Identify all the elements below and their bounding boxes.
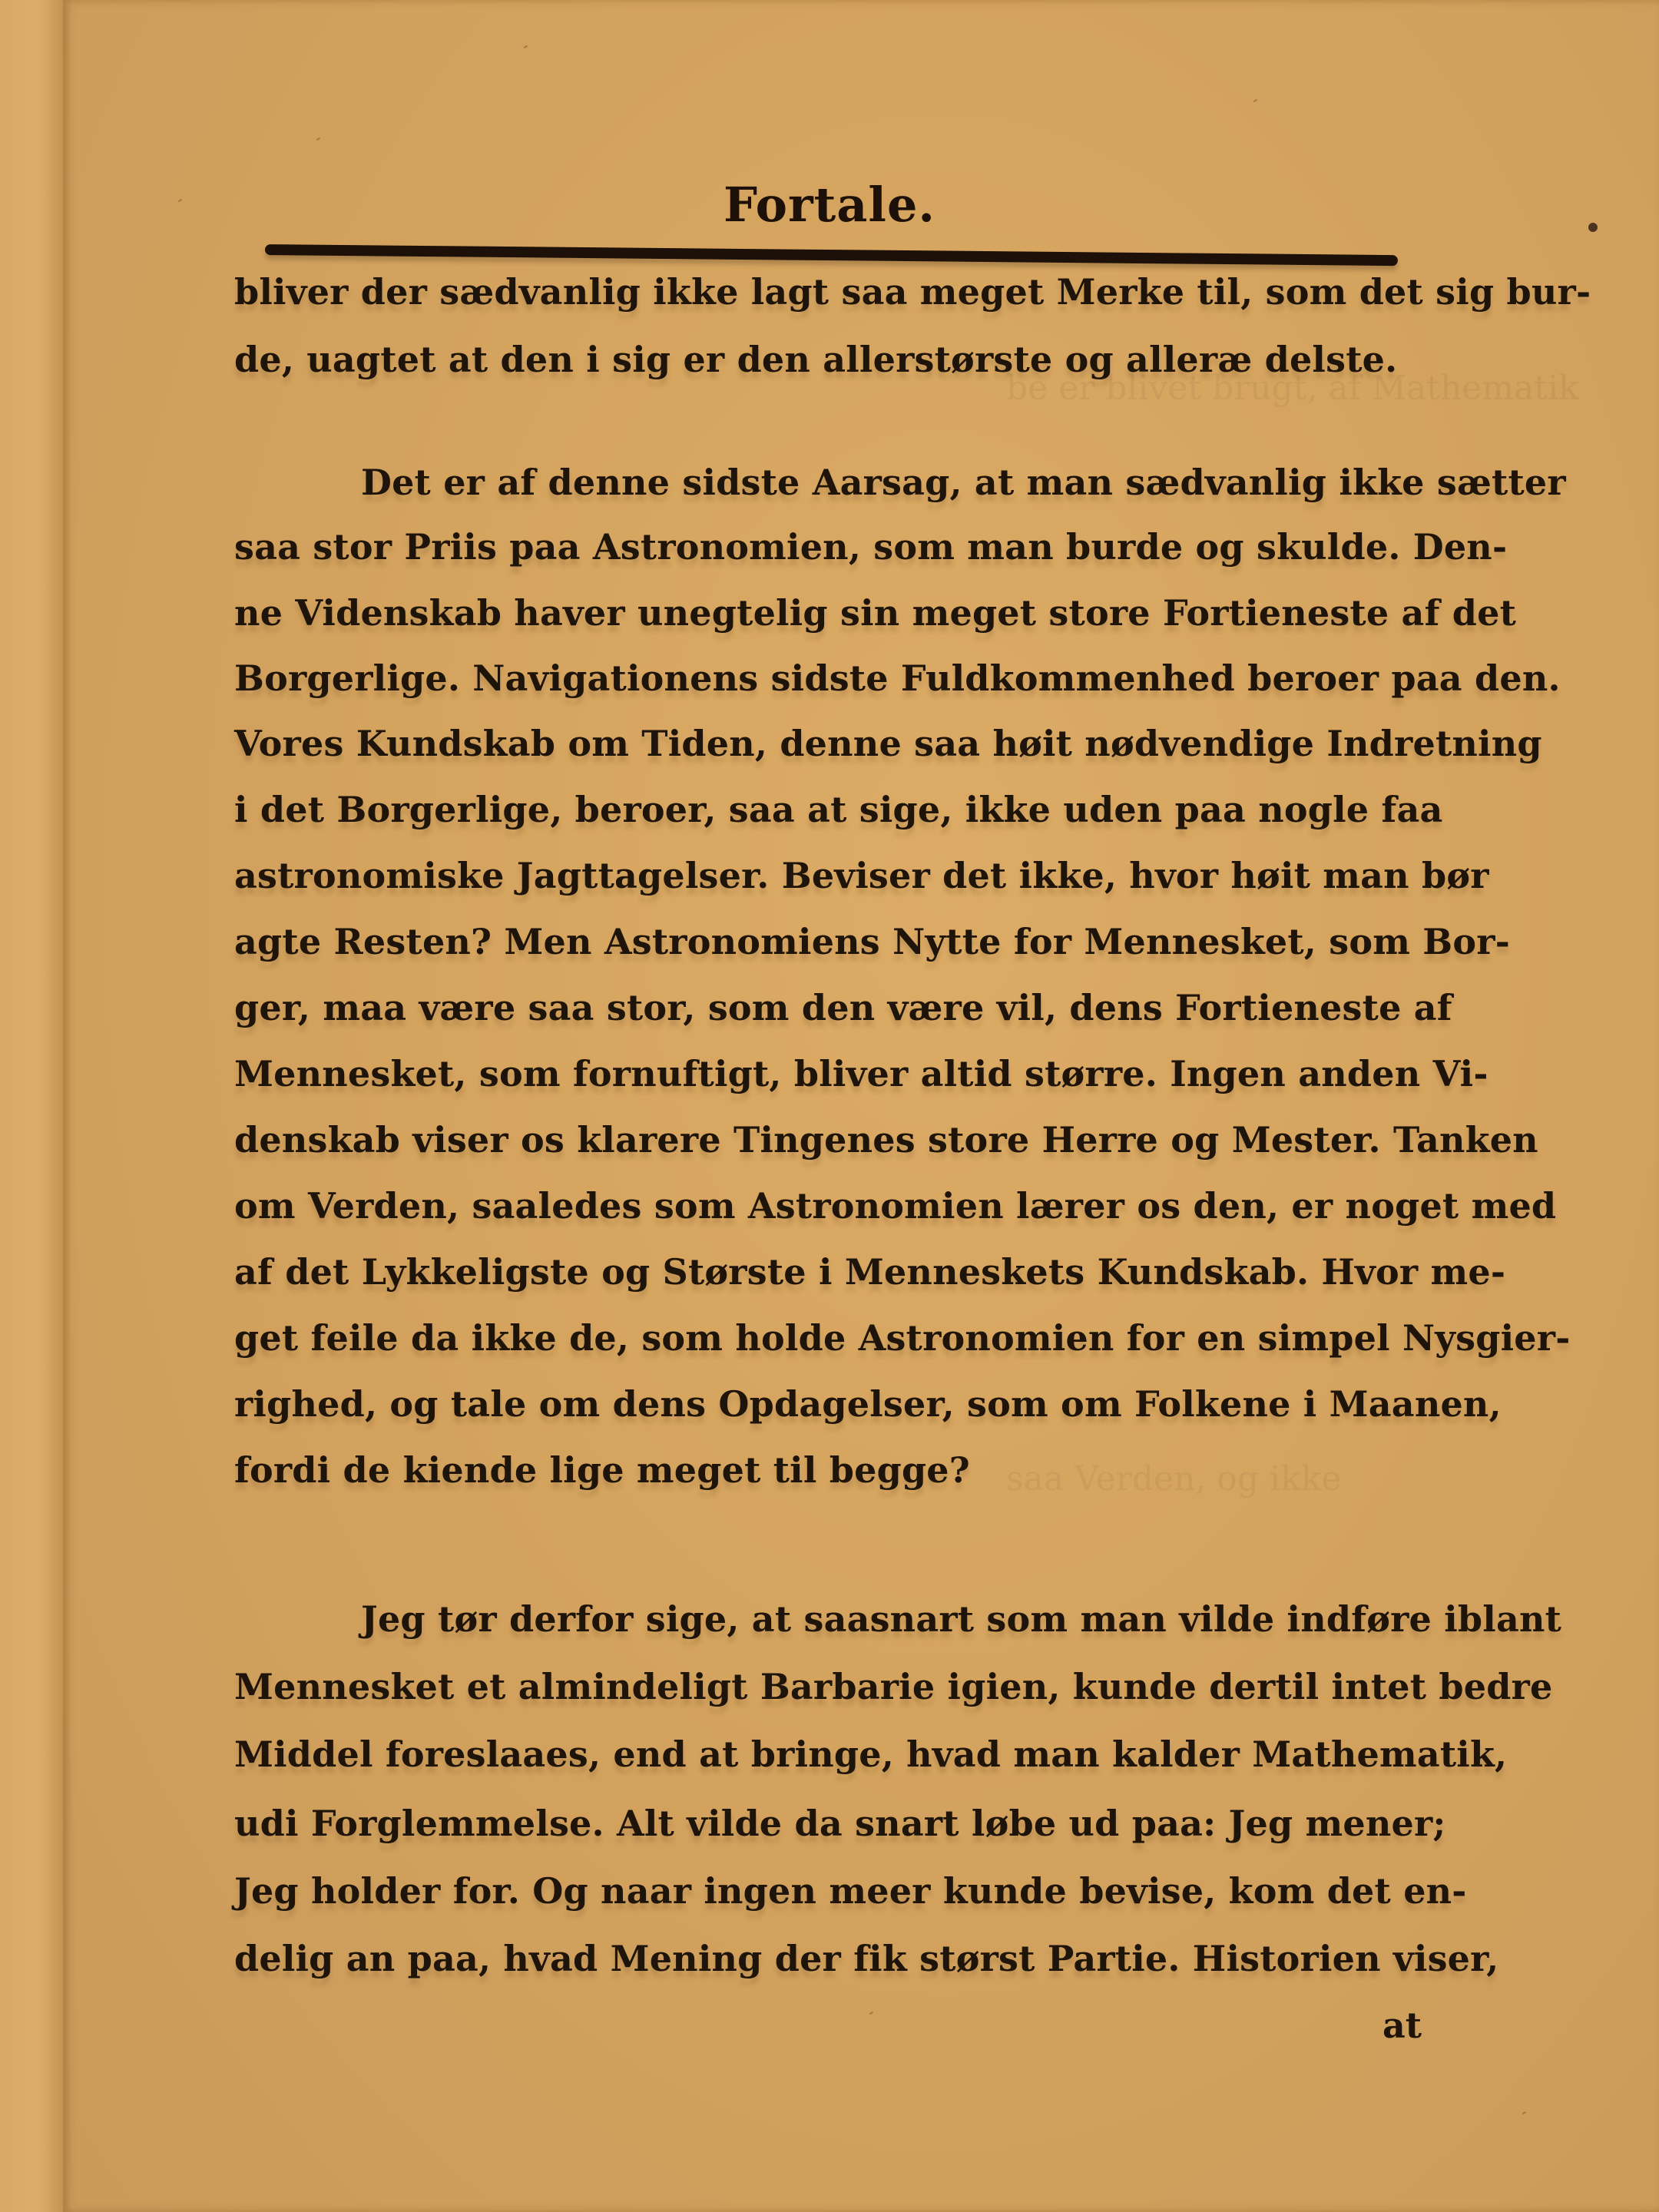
text-line: astronomiske Jagttagelser. Beviser det i… xyxy=(234,854,1417,897)
text-line: ger, maa være saa stor, som den være vil… xyxy=(234,986,1417,1029)
text-line: saa stor Priis paa Astronomien, som man … xyxy=(234,525,1417,568)
paper-fleck xyxy=(869,2012,873,2015)
paper-fleck xyxy=(1522,2111,1526,2114)
text-line: Jeg tør derfor sige, at saasnart som man… xyxy=(361,1598,1417,1641)
text-line: agte Resten? Men Astronomiens Nytte for … xyxy=(234,920,1417,963)
text-line: Middel foreslaaes, end at bringe, hvad m… xyxy=(234,1733,1417,1776)
adjacent-page-edge xyxy=(0,0,63,2212)
paper-fleck xyxy=(316,137,320,141)
paper-fleck xyxy=(524,45,528,48)
text-line: Vores Kundskab om Tiden, denne saa høit … xyxy=(234,722,1417,765)
text-line: om Verden, saaledes som Astronomien lære… xyxy=(234,1184,1417,1227)
text-line: af det Lykkeligste og Største i Menneske… xyxy=(234,1250,1417,1293)
text-line: get feile da ikke de, som holde Astronom… xyxy=(234,1316,1417,1359)
text-line: righed, og tale om dens Opdagelser, som … xyxy=(234,1382,1417,1426)
text-line: ne Videnskab haver unegtelig sin meget s… xyxy=(234,591,1417,634)
text-line: Borgerlige. Navigationens sidste Fuldkom… xyxy=(234,657,1417,700)
text-line: delig an paa, hvad Mening der fik størst… xyxy=(234,1937,1417,1980)
catchword: at xyxy=(1382,2005,1422,2046)
text-line: Mennesket, som fornuftigt, bliver altid … xyxy=(234,1052,1417,1095)
text-line: bliver der sædvanlig ikke lagt saa meget… xyxy=(234,270,1417,313)
text-line: de, uagtet at den i sig er den allerstør… xyxy=(234,338,1417,381)
text-line: Jeg holder for. Og naar ingen meer kunde… xyxy=(234,1869,1417,1912)
text-line: fordi de kiende lige meget til begge? xyxy=(234,1449,1417,1492)
text-line: udi Forglemmelse. Alt vilde da snart løb… xyxy=(234,1802,1417,1845)
text-line: Det er af denne sidste Aarsag, at man sæ… xyxy=(361,461,1417,504)
paper-fleck xyxy=(1253,99,1257,102)
text-line: denskab viser os klarere Tingenes store … xyxy=(234,1118,1417,1161)
text-line: i det Borgerlige, beroer, saa at sige, i… xyxy=(234,788,1417,831)
page-title: Fortale. xyxy=(0,177,1659,233)
text-line: Mennesket et almindeligt Barbarie igien,… xyxy=(234,1665,1417,1708)
